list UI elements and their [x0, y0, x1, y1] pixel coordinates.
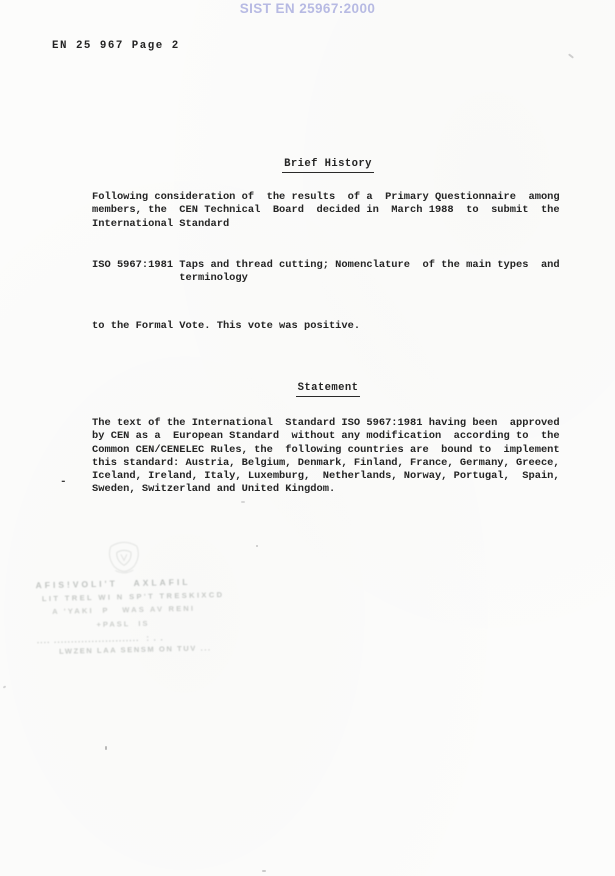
- section-heading-brief-history: Brief History: [92, 158, 564, 173]
- scan-speck: [568, 53, 574, 58]
- heading-text-statement: Statement: [296, 382, 361, 397]
- margin-dash-mark: -: [60, 476, 67, 488]
- scanned-document-page: SIST EN 25967:2000 EN 25 967 Page 2 Brie…: [0, 0, 615, 876]
- paragraph-vote-result: to the Formal Vote. This vote was positi…: [92, 320, 360, 333]
- faded-rubber-stamp: AFIS!VOLI'T AXLAFIL LIT TREL WI N SP'T T…: [33, 538, 246, 668]
- heading-text-brief-history: Brief History: [282, 158, 374, 173]
- stamp-illegible-line: +PASL IS: [96, 619, 149, 629]
- page-header-number: EN 25 967 Page 2: [52, 40, 180, 52]
- section-heading-statement: Statement: [92, 382, 564, 397]
- scan-speck: [3, 685, 7, 688]
- scan-speck: [105, 746, 107, 750]
- stamp-illegible-line: A 'YAKI P WAS AV RENI: [52, 604, 195, 616]
- stamp-emblem-icon: [101, 540, 148, 581]
- paragraph-history-intro: Following consideration of the results o…: [92, 191, 560, 231]
- paragraph-statement-body: The text of the International Standard I…: [92, 417, 560, 497]
- stamp-illegible-dotted-line: .... ......................... : . .: [37, 633, 164, 645]
- paragraph-iso-reference: ISO 5967:1981 Taps and thread cutting; N…: [92, 259, 560, 286]
- scan-speck: [256, 545, 258, 547]
- watermark-standard-code: SIST EN 25967:2000: [0, 1, 615, 16]
- scan-speck: [241, 501, 245, 503]
- stamp-illegible-line: LIT TREL WI N SP'T TRESKIXCD: [42, 590, 225, 603]
- stamp-illegible-line: AFIS!VOLI'T AXLAFIL: [35, 577, 190, 591]
- scan-speck: [262, 870, 266, 872]
- stamp-illegible-line: LWZEN LAA SENSM ON TUV ...: [59, 643, 212, 655]
